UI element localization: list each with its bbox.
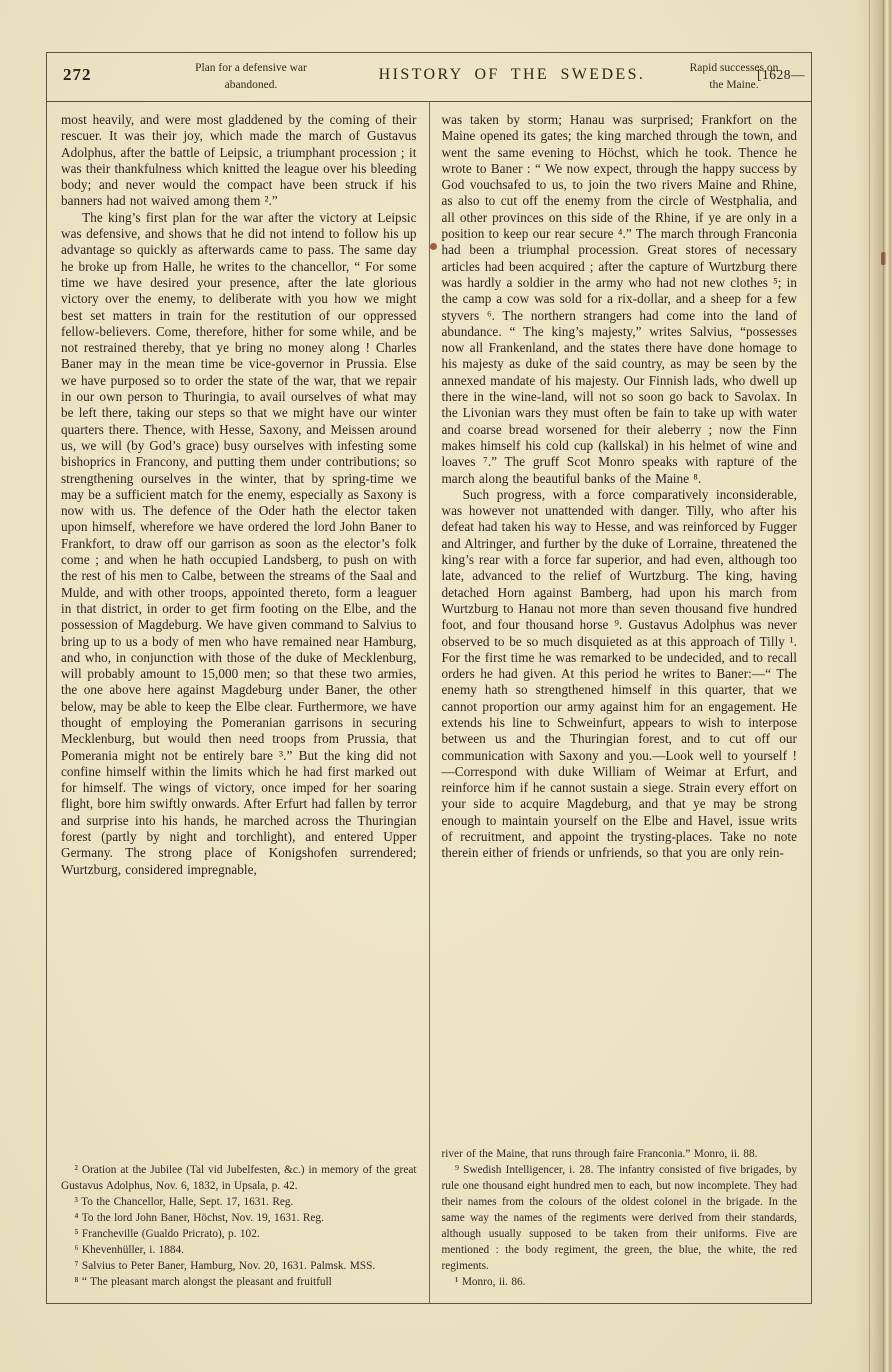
- footnote: ⁵ Francheville (Gualdo Pricrato), p. 102…: [61, 1226, 417, 1242]
- page-edge-line: [869, 0, 870, 1372]
- running-header: 272 Plan for a defensive war abandoned. …: [47, 53, 811, 102]
- running-note-left-line1: Plan for a defensive war: [195, 62, 307, 74]
- running-note-right-line2: the Maine.: [709, 79, 758, 91]
- footnote: ⁹ Swedish Intelligencer, i. 28. The infa…: [442, 1162, 798, 1274]
- right-column: was taken by storm; Hanau was surprised;…: [430, 102, 812, 1303]
- paragraph: Such progress, with a force comparativel…: [442, 487, 798, 862]
- footnotes-right: river of the Maine, that runs through fa…: [442, 1136, 798, 1290]
- footnote: ³ To the Chancellor, Halle, Sept. 17, 16…: [61, 1194, 417, 1210]
- ink-spot: [881, 252, 886, 265]
- footnote: ⁸ “ The pleasant march alongst the pleas…: [61, 1274, 417, 1290]
- left-column: most heavily, and were most gladdened by…: [47, 102, 429, 1303]
- page-edge-shading: [856, 0, 892, 1372]
- paragraph: most heavily, and were most gladdened by…: [61, 112, 417, 210]
- ink-spot: [430, 243, 437, 250]
- footnote: ¹ Monro, ii. 86.: [442, 1274, 798, 1290]
- page-body: most heavily, and were most gladdened by…: [47, 102, 811, 1303]
- footnote: ² Oration at the Jubilee (Tal vid Jubelf…: [61, 1162, 417, 1194]
- book-title: HISTORY OF THE SWEDES.: [357, 66, 667, 84]
- footnote: ⁶ Khevenhüller, i. 1884.: [61, 1242, 417, 1258]
- footnote: ⁷ Salvius to Peter Baner, Hamburg, Nov. …: [61, 1258, 417, 1274]
- page-number: 272: [63, 65, 92, 85]
- footnote-continuation: river of the Maine, that runs through fa…: [442, 1146, 798, 1162]
- paragraph: was taken by storm; Hanau was surprised;…: [442, 112, 798, 487]
- running-note-left: Plan for a defensive war abandoned.: [135, 60, 367, 93]
- footnote: ⁴ To the lord John Baner, Höchst, Nov. 1…: [61, 1210, 417, 1226]
- footnotes-left: ² Oration at the Jubilee (Tal vid Jubelf…: [61, 1152, 417, 1290]
- page-edge-line: [883, 0, 884, 1372]
- scanned-book-page: { "colors": { "paper": "#ece3c4", "ink":…: [0, 0, 892, 1372]
- running-note-left-line2: abandoned.: [225, 79, 278, 91]
- year-label: [1628—: [757, 67, 805, 83]
- paragraph: The king’s first plan for the war after …: [61, 210, 417, 878]
- page-border-frame: 272 Plan for a defensive war abandoned. …: [46, 52, 812, 1304]
